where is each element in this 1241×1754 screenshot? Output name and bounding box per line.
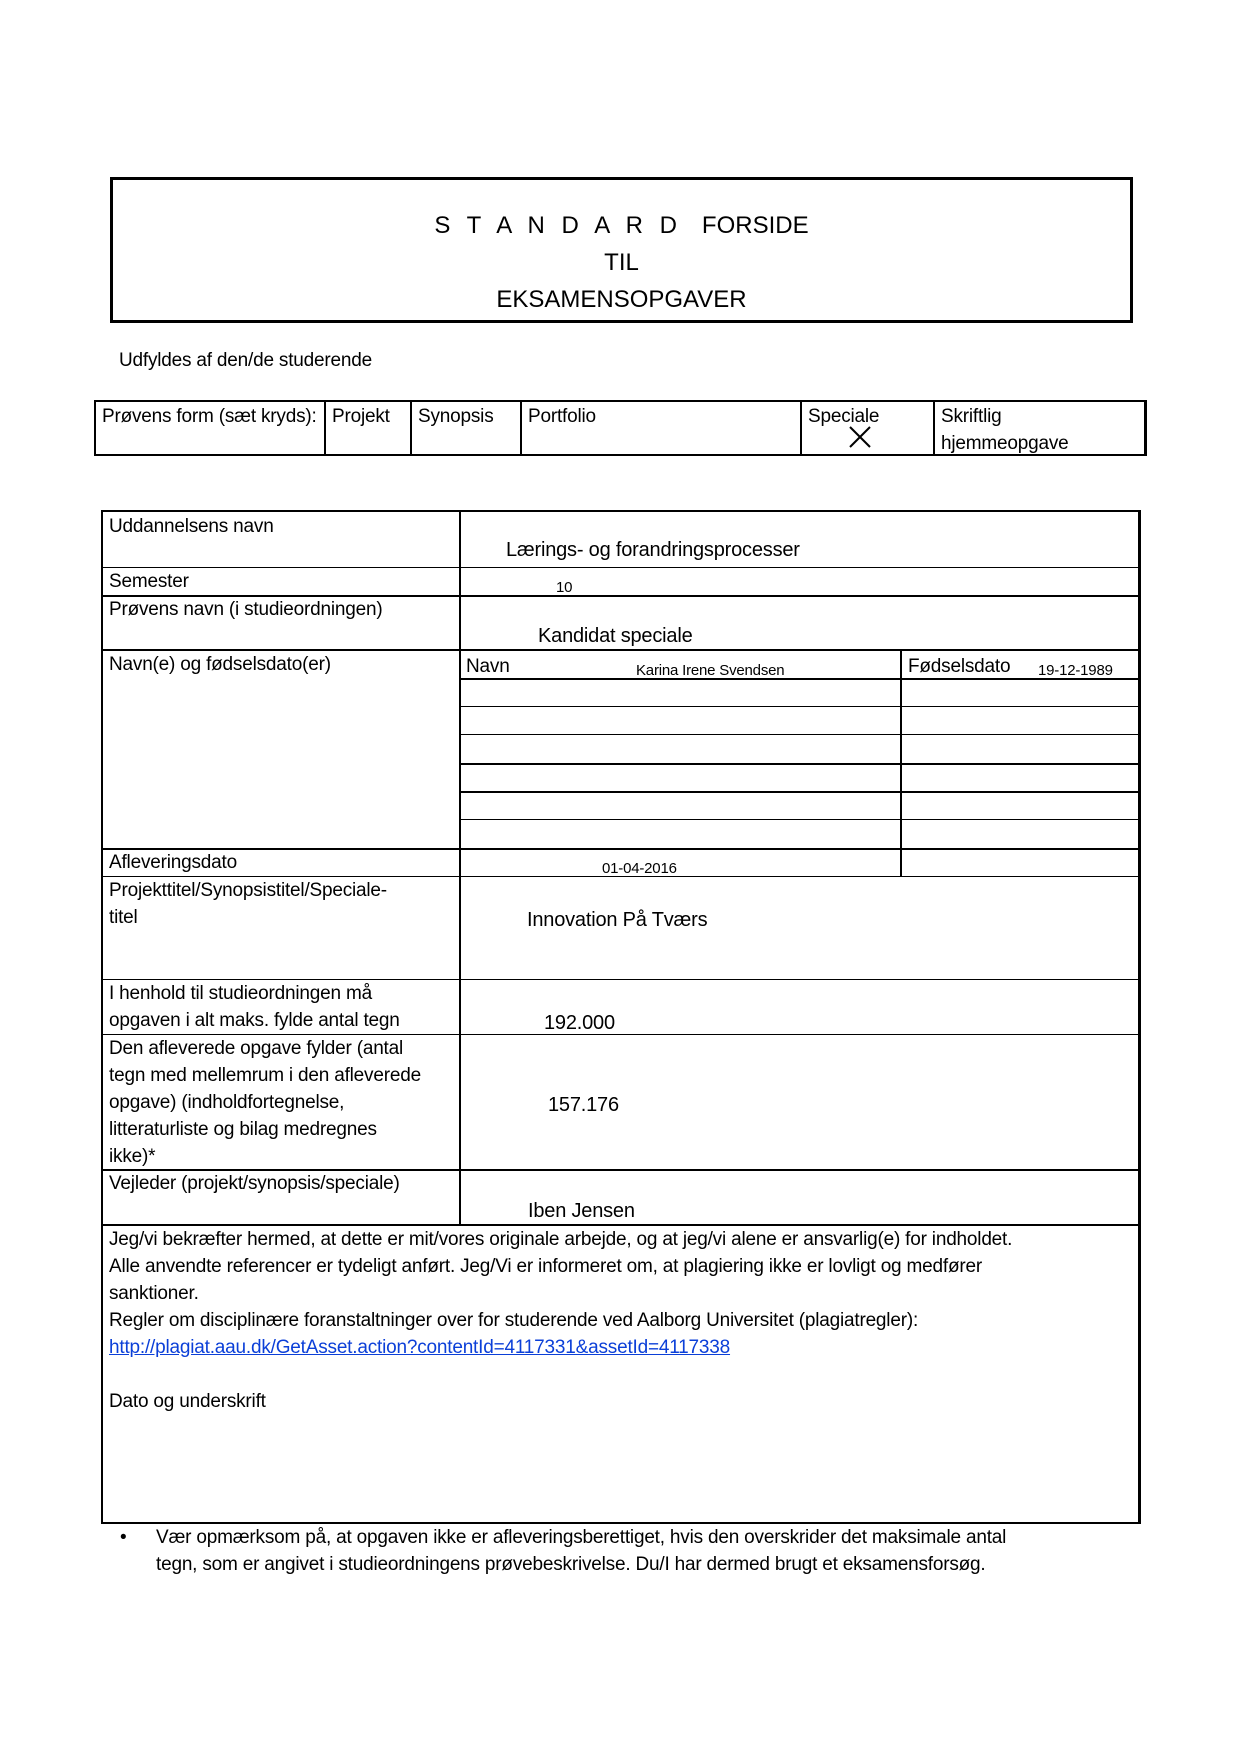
title-box: S T A N D A R D FORSIDE TIL EKSAMENSOPGA… xyxy=(110,177,1133,323)
supervisor-value[interactable]: Iben Jensen xyxy=(528,1198,635,1225)
project-title-label-line1: Projekttitel/Synopsistitel/Speciale- xyxy=(109,877,387,904)
actual-chars-label-line1: Den afleverede opgave fylder (antal xyxy=(109,1035,403,1062)
signature-area[interactable] xyxy=(109,1417,1132,1512)
check-cross-icon xyxy=(847,424,873,450)
education-name-label: Uddannelsens navn xyxy=(109,513,274,540)
footnote-line1: Vær opmærksom på, at opgaven ikke er afl… xyxy=(156,1524,1116,1551)
row-line xyxy=(459,763,1138,765)
option-speciale[interactable]: Speciale xyxy=(800,402,933,454)
option-label: Synopsis xyxy=(418,406,494,427)
footnote-text: Vær opmærksom på, at opgaven ikke er afl… xyxy=(156,1524,1116,1578)
option-skriftlig-hjemmeopgave[interactable]: Skriftlig hjemmeopgave xyxy=(933,402,1144,454)
title-forside: FORSIDE xyxy=(702,212,809,239)
student-name-1[interactable]: Karina Irene Svendsen xyxy=(636,657,784,684)
row-line xyxy=(459,706,1138,707)
option-projekt[interactable]: Projekt xyxy=(324,402,410,454)
actual-chars-value[interactable]: 157.176 xyxy=(548,1092,619,1119)
option-label-line1: Skriftlig xyxy=(941,403,1138,430)
declaration-line1: Jeg/vi bekræfter hermed, at dette er mit… xyxy=(109,1226,1012,1253)
option-portfolio[interactable]: Portfolio xyxy=(520,402,800,454)
plagiarism-rules-link[interactable]: http://plagiat.aau.dk/GetAsset.action?co… xyxy=(109,1334,730,1361)
exam-name-label: Prøvens navn (i studieordningen) xyxy=(109,596,382,623)
max-chars-label-line1: I henhold til studieordningen må xyxy=(109,980,372,1007)
option-synopsis[interactable]: Synopsis xyxy=(410,402,520,454)
row-line xyxy=(459,734,1138,735)
actual-chars-label-line3: opgave) (indholdfortegnelse, xyxy=(109,1089,344,1116)
max-chars-label-line2: opgaven i alt maks. fylde antal tegn xyxy=(109,1007,400,1034)
title-standard: S T A N D A R D xyxy=(434,212,682,239)
title-line-1: S T A N D A R D FORSIDE xyxy=(113,212,1130,240)
birthdate-header: Fødselsdato xyxy=(908,653,1010,680)
option-label-line2: hjemmeopgave xyxy=(941,430,1138,457)
info-table: Uddannelsens navn Lærings- og forandring… xyxy=(101,510,1141,1524)
actual-chars-label-line4: litteraturliste og bilag medregnes xyxy=(109,1116,377,1143)
declaration-line3: sanktioner. xyxy=(109,1280,199,1307)
title-line-3: EKSAMENSOPGAVER xyxy=(113,286,1130,314)
name-header: Navn xyxy=(466,653,510,680)
row-line xyxy=(459,678,1138,680)
exam-name-value[interactable]: Kandidat speciale xyxy=(538,623,693,650)
footnote-line2: tegn, som er angivet i studieordningens … xyxy=(156,1551,1116,1578)
declaration-rules: Regler om disciplinære foranstaltninger … xyxy=(109,1307,918,1334)
exam-form-table: Prøvens form (sæt kryds): Projekt Synops… xyxy=(94,400,1147,456)
actual-chars-label-line2: tegn med mellemrum i den afleverede xyxy=(109,1062,421,1089)
submission-date-label: Afleveringsdato xyxy=(109,849,237,876)
project-title-value[interactable]: Innovation På Tværs xyxy=(527,907,707,934)
submission-date-value[interactable]: 01-04-2016 xyxy=(602,855,677,882)
row-line xyxy=(459,791,1138,793)
exam-form-label-cell: Prøvens form (sæt kryds): xyxy=(96,402,324,454)
bullet-icon: • xyxy=(120,1524,126,1551)
actual-chars-label-line5: ikke)* xyxy=(109,1143,155,1170)
names-label: Navn(e) og fødselsdato(er) xyxy=(109,651,331,678)
semester-value[interactable]: 10 xyxy=(556,574,572,601)
row-line xyxy=(103,567,1138,568)
option-label: Projekt xyxy=(332,406,390,427)
max-chars-value[interactable]: 192.000 xyxy=(544,1010,615,1037)
title-line-2: TIL xyxy=(113,249,1130,277)
column-divider xyxy=(459,512,461,1226)
declaration-line2: Alle anvendte referencer er tydeligt anf… xyxy=(109,1253,982,1280)
signature-label: Dato og underskrift xyxy=(109,1388,266,1415)
education-name-value[interactable]: Lærings- og forandringsprocesser xyxy=(506,537,800,564)
row-line xyxy=(103,848,1138,850)
supervisor-label: Vejleder (projekt/synopsis/speciale) xyxy=(109,1170,400,1197)
project-title-label-line2: titel xyxy=(109,904,138,931)
fill-instruction: Udfyldes af den/de studerende xyxy=(119,347,372,374)
option-label: Portfolio xyxy=(528,406,596,427)
semester-label: Semester xyxy=(109,568,189,595)
exam-form-label: Prøvens form (sæt kryds): xyxy=(102,406,317,427)
row-line xyxy=(459,819,1138,820)
student-birthdate-1[interactable]: 19-12-1989 xyxy=(1038,657,1113,684)
